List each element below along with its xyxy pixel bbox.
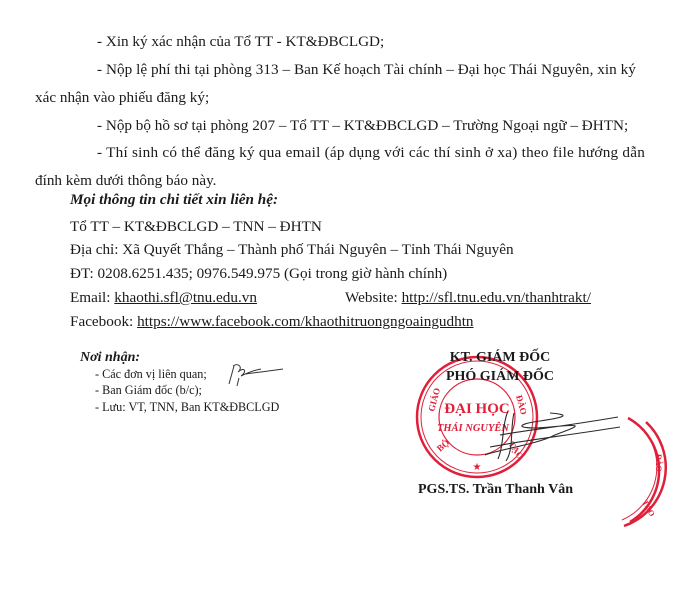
paragraph-email-registration-cont: đính kèm dưới thông báo này.	[35, 172, 216, 190]
svg-text:ĐÀO: ĐÀO	[654, 454, 664, 472]
signature-title-line1: KT. GIÁM ĐỐC	[425, 349, 575, 366]
email-label: Email:	[70, 289, 114, 306]
paragraph-nop-ho-so: - Nộp bộ hồ sơ tại phòng 207 – Tổ TT – K…	[97, 117, 628, 135]
website-label: Website:	[345, 289, 402, 306]
contact-unit: Tổ TT – KT&ĐBCLGD – TNN – ĐHTN	[70, 218, 322, 236]
recipient-item: - Các đơn vị liên quan;	[95, 367, 207, 382]
svg-text:BỘ: BỘ	[435, 438, 451, 454]
signature-title-line2: PHÓ GIÁM ĐỐC	[425, 368, 575, 385]
paragraph-xin-ky: - Xin ký xác nhận của Tổ TT - KT&ĐBCLGD;	[97, 33, 384, 51]
handwritten-signature-icon	[480, 405, 620, 465]
recipient-item: - Ban Giám đốc (b/c);	[95, 383, 202, 398]
email-link[interactable]: khaothi.sfl@tnu.edu.vn	[114, 289, 257, 306]
paragraph-nop-le-phi: - Nộp lệ phí thi tại phòng 313 – Ban Kế …	[97, 61, 636, 79]
recipients-heading: Nơi nhận:	[80, 349, 140, 367]
contact-email-row: Email: khaothi.sfl@tnu.edu.vn	[70, 289, 257, 307]
signer-name: PGS.TS. Trần Thanh Vân	[418, 481, 573, 498]
contact-heading: Mọi thông tin chi tiết xin liên hệ:	[70, 191, 278, 209]
facebook-label: Facebook:	[70, 313, 137, 330]
recipient-item: - Lưu: VT, TNN, Ban KT&ĐBCLGD	[95, 400, 279, 415]
paragraph-nop-le-phi-cont: xác nhận vào phiếu đăng ký;	[35, 89, 209, 107]
initials-scribble-icon	[225, 360, 285, 390]
contact-address: Địa chỉ: Xã Quyết Thắng – Thành phố Thái…	[70, 241, 514, 259]
contact-website-row: Website: http://sfl.tnu.edu.vn/thanhtrak…	[345, 289, 591, 307]
contact-facebook-row: Facebook: https://www.facebook.com/khaot…	[70, 313, 474, 331]
contact-phone: ĐT: 0208.6251.435; 0976.549.975 (Gọi tro…	[70, 265, 447, 283]
facebook-link[interactable]: https://www.facebook.com/khaothitruongng…	[137, 313, 473, 330]
partial-stamp-icon: ĐÀO TẠO	[620, 410, 680, 530]
paragraph-email-registration: - Thí sinh có thể đăng ký qua email (áp …	[97, 144, 645, 162]
website-link[interactable]: http://sfl.tnu.edu.vn/thanhtrakt/	[402, 289, 591, 306]
